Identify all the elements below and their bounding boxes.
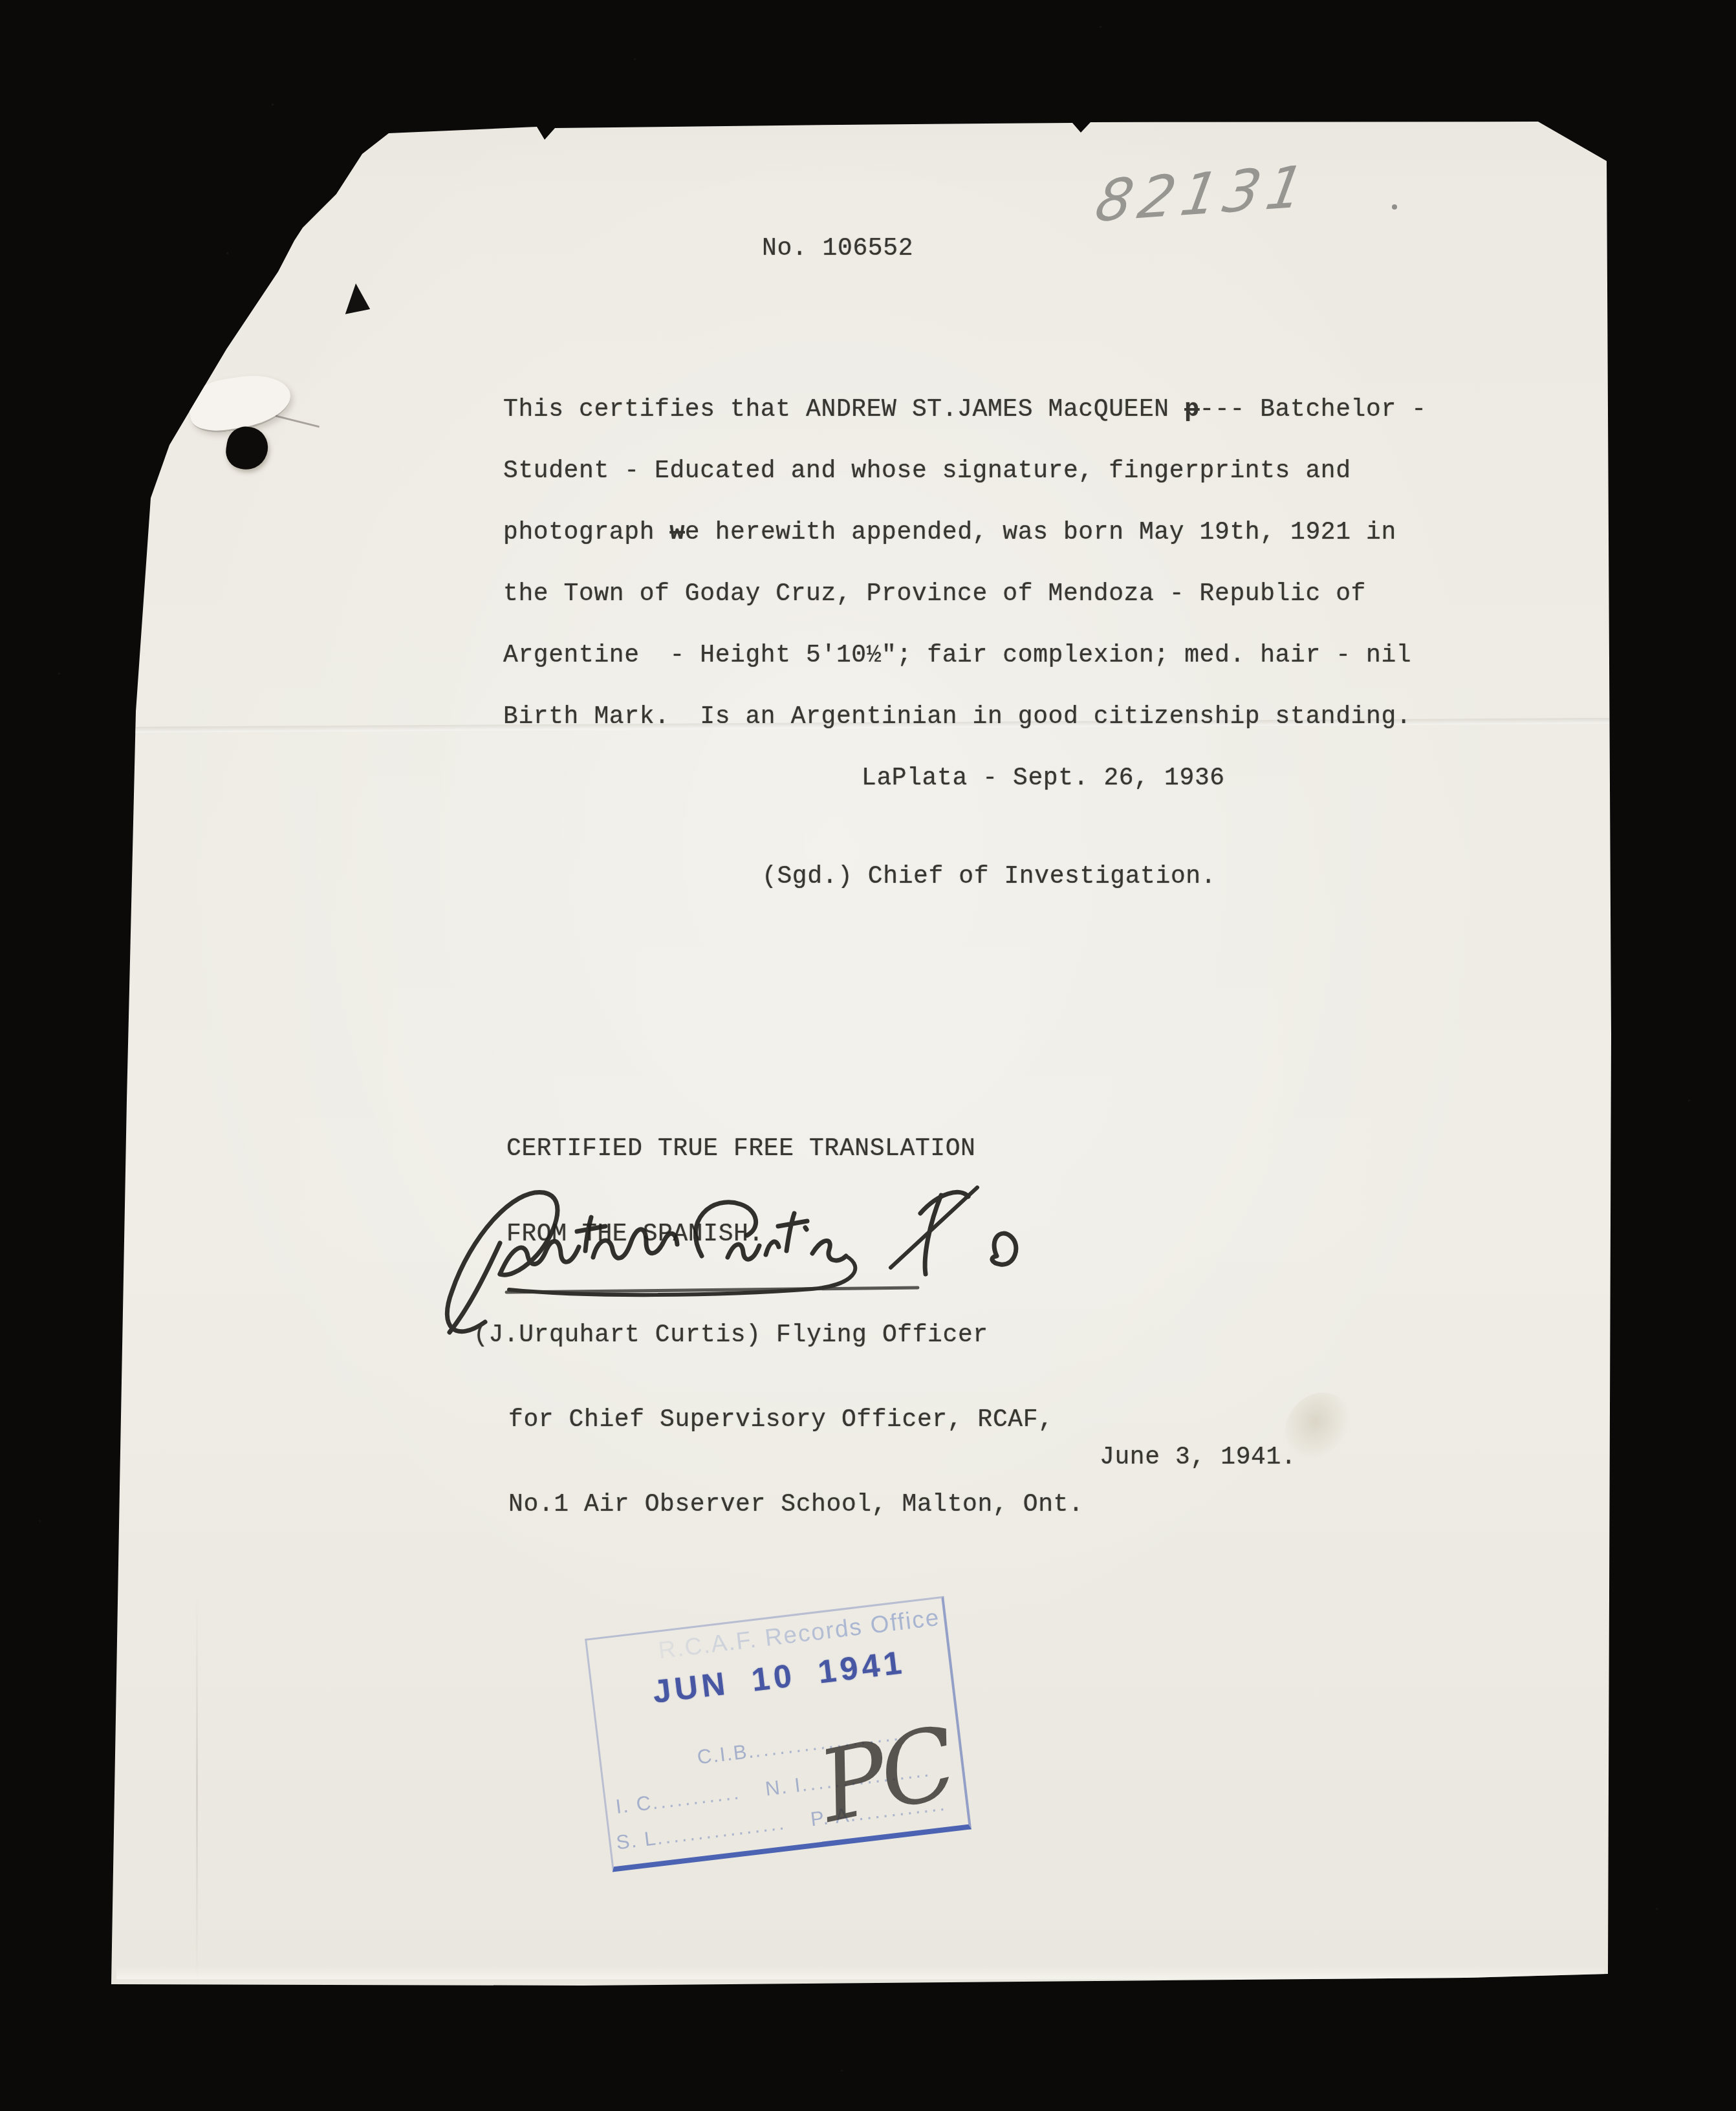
tear-crack-line — [276, 415, 320, 428]
stamp-dotted-leader: ........... — [651, 1778, 766, 1814]
stamp-ni-right-label: N. I — [764, 1773, 803, 1800]
body-line: This certifies that ANDREW ST.JAMES MacQ… — [503, 379, 1427, 440]
stamp-ni-left-label: I. C — [614, 1792, 653, 1818]
officer-line: No.1 Air Observer School, Malton, Ont. — [508, 1490, 1083, 1519]
body-line: Argentine - Height 5'10½"; fair complexi… — [503, 625, 1427, 686]
paper-bottom-edge-highlight — [116, 1966, 1604, 1979]
officer-line: for Chief Supervisory Officer, RCAF, — [508, 1405, 1083, 1434]
signed-by-line: (Sgd.) Chief of Investigation. — [762, 863, 1216, 891]
certificate-body-text: This certifies that ANDREW ST.JAMES MacQ… — [503, 379, 1427, 748]
dust-specks — [0, 0, 2, 2]
handwritten-file-number: 82131 — [1090, 153, 1316, 235]
stamp-dotted-leader: ................ — [655, 1808, 812, 1849]
certificate-paper: 82131 No. 106552 This certifies that AND… — [0, 0, 1736, 2111]
body-line: photograph we herewith appended, was bor… — [503, 502, 1427, 563]
body-line: Student - Educated and whose signature, … — [503, 440, 1427, 502]
stamp-cib-label: C.I.B. — [696, 1739, 756, 1768]
officer-identification: (J.Urquhart Curtis) Flying Officer for C… — [508, 1265, 1083, 1575]
scanned-document-background: 82131 No. 106552 This certifies that AND… — [0, 0, 1736, 2111]
edge-tear — [342, 282, 373, 317]
vertical-crease — [196, 1591, 198, 1986]
body-line: Birth Mark. Is an Argentinian in good ci… — [503, 686, 1427, 748]
officer-line: (J.Urquhart Curtis) Flying Officer — [473, 1321, 1083, 1350]
stamp-pa-left-label: S. L — [615, 1826, 658, 1854]
pencil-dot — [1392, 204, 1397, 210]
translation-date: June 3, 1941. — [1100, 1444, 1296, 1471]
document-number: No. 106552 — [762, 235, 913, 263]
body-line: the Town of Goday Cruz, Province of Mend… — [503, 563, 1427, 625]
place-date-line: LaPlata - Sept. 26, 1936 — [862, 764, 1225, 792]
